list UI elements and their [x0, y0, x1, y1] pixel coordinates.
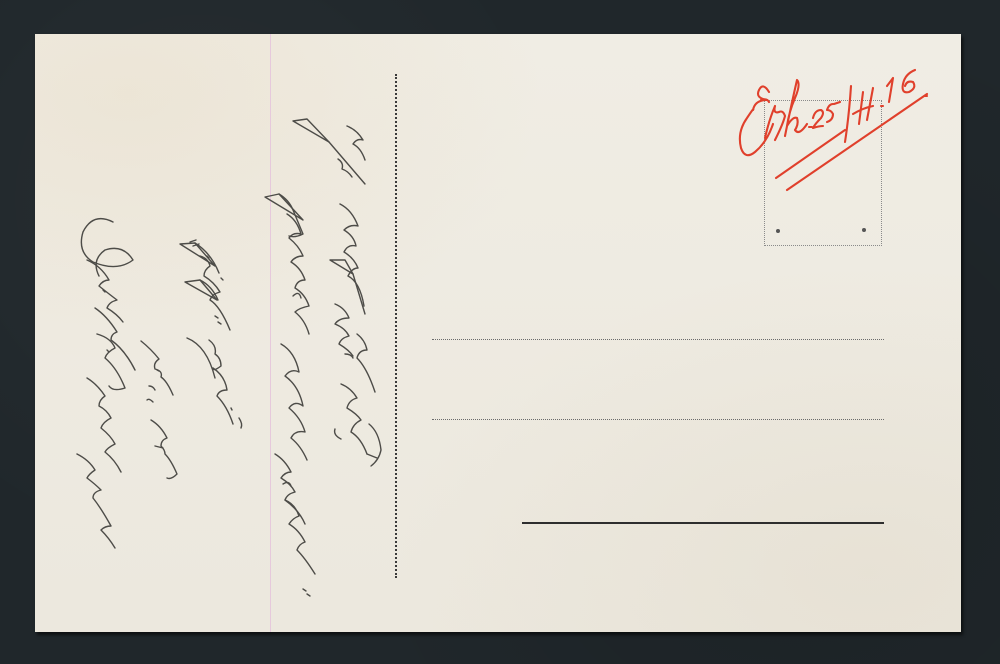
handwriting-strokes — [35, 34, 961, 632]
postcard: Ich gratuliere Ihnen herzlich Ihnen und … — [35, 34, 961, 632]
red-annotation-strokes — [740, 70, 927, 190]
